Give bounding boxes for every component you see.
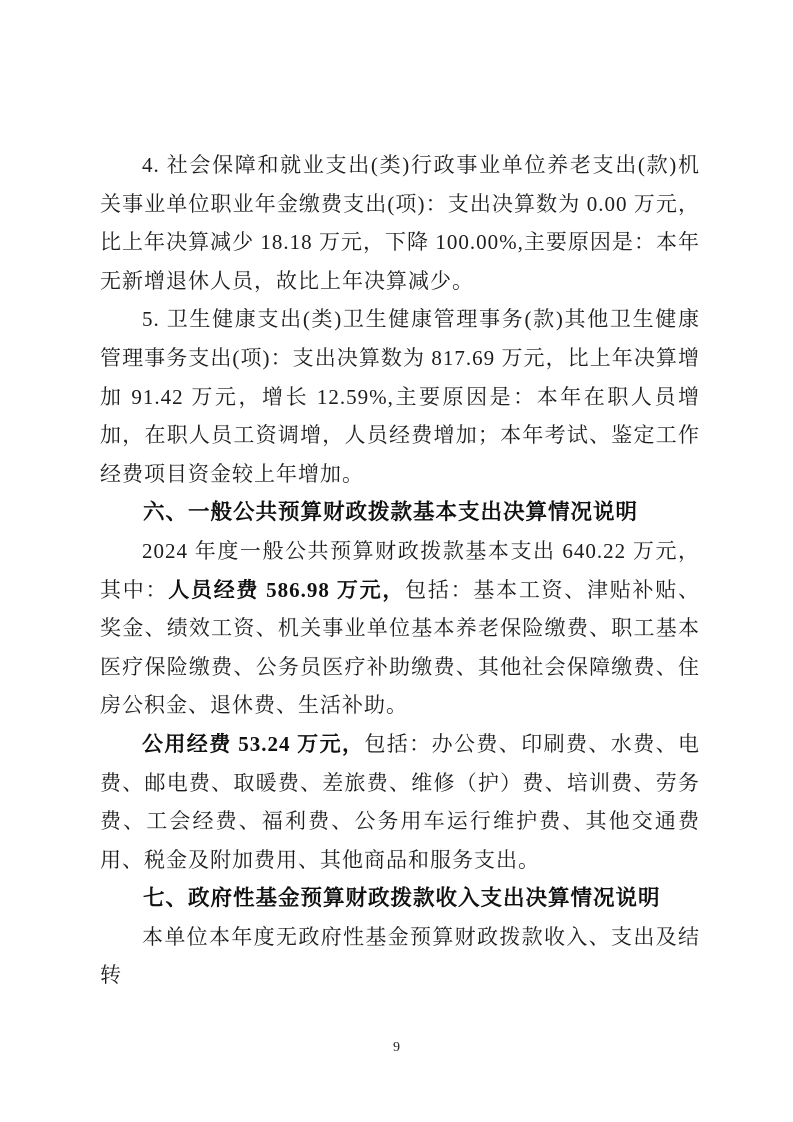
document-page: 4. 社会保障和就业支出(类)行政事业单位养老支出(款)机关事业单位职业年金缴费…	[0, 0, 793, 1122]
section-heading-7-government-fund-budget: 七、政府性基金预算财政拨款收入支出决算情况说明	[100, 879, 700, 918]
paragraph-public-operating-funds-detail: 公用经费 53.24 万元，包括：办公费、印刷费、水费、电费、邮电费、取暖费、差…	[100, 725, 700, 879]
text-run: 5. 卫生健康支出(类)卫生健康管理事务(款)其他卫生健康管理事务支出(项)：支…	[100, 307, 700, 485]
public-funds-figure: 公用经费 53.24 万元，	[142, 732, 364, 756]
text-run: 4. 社会保障和就业支出(类)行政事业单位养老支出(款)机关事业单位职业年金缴费…	[100, 153, 700, 293]
paragraph-item4-social-security-expenditure: 4. 社会保障和就业支出(类)行政事业单位养老支出(款)机关事业单位职业年金缴费…	[100, 146, 700, 300]
personnel-funds-figure: 人员经费 586.98 万元，	[168, 578, 405, 602]
paragraph-basic-expenditure-detail: 2024 年度一般公共预算财政拨款基本支出 640.22 万元，其中：人员经费 …	[100, 532, 700, 725]
paragraph-item5-health-expenditure: 5. 卫生健康支出(类)卫生健康管理事务(款)其他卫生健康管理事务支出(项)：支…	[100, 300, 700, 493]
section-heading-6-basic-expenditure: 六、一般公共预算财政拨款基本支出决算情况说明	[100, 493, 700, 532]
paragraph-government-fund-statement: 本单位本年度无政府性基金预算财政拨款收入、支出及结转	[100, 918, 700, 995]
document-body: 4. 社会保障和就业支出(类)行政事业单位养老支出(款)机关事业单位职业年金缴费…	[100, 146, 700, 995]
page-number: 9	[0, 1038, 793, 1058]
text-run: 本单位本年度无政府性基金预算财政拨款收入、支出及结转	[100, 925, 700, 988]
